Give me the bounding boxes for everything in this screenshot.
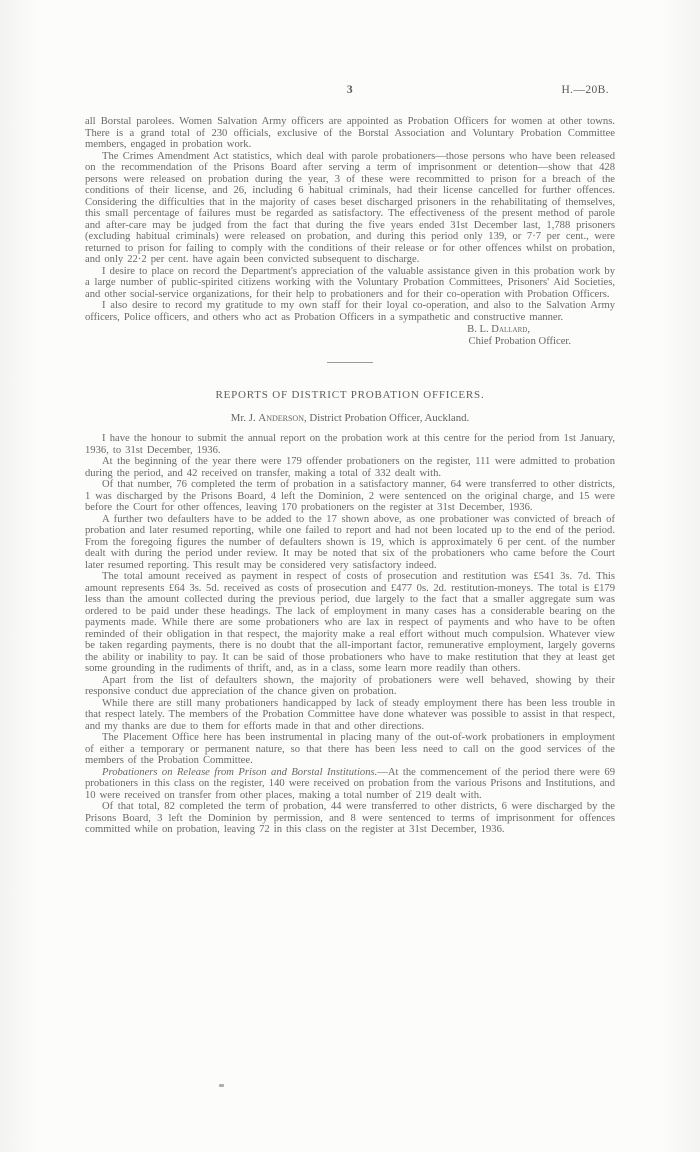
- signature-name: B. L. Dallard,: [85, 324, 615, 336]
- district-report-paragraphs: I have the honour to submit the annual r…: [85, 433, 615, 836]
- paragraph: all Borstal parolees. Women Salvation Ar…: [85, 116, 615, 151]
- signature-block: B. L. Dallard, Chief Probation Officer.: [85, 324, 615, 348]
- paragraph: Probationers on Release from Prison and …: [85, 767, 615, 802]
- paragraph-italic-lead: Probationers on Release from Prison and …: [102, 767, 377, 778]
- subheading-suffix: , District Probation Officer, Auckland.: [304, 412, 469, 424]
- subheading-prefix: Mr. J.: [231, 412, 259, 424]
- paragraph: I desire to place on record the Departme…: [85, 266, 615, 301]
- signature-name-prefix: B. L.: [467, 324, 491, 335]
- chief-report-paragraphs: all Borstal parolees. Women Salvation Ar…: [85, 116, 615, 323]
- paragraph: Of that total, 82 completed the term of …: [85, 801, 615, 836]
- page-content: 3 H.—20B. all Borstal parolees. Women Sa…: [85, 84, 615, 836]
- paragraph: I also desire to record my gratitude to …: [85, 300, 615, 323]
- paragraph: The total amount received as payment in …: [85, 571, 615, 675]
- signature-title: Chief Probation Officer.: [85, 336, 615, 348]
- paragraph: The Placement Office here has been instr…: [85, 732, 615, 767]
- paragraph: Apart from the list of defaulters shown,…: [85, 675, 615, 698]
- paragraph: I have the honour to submit the annual r…: [85, 433, 615, 456]
- paragraph: At the beginning of the year there were …: [85, 456, 615, 479]
- signature-name-suffix: ,: [527, 324, 530, 335]
- scanned-document-page: 3 H.—20B. all Borstal parolees. Women Sa…: [0, 0, 700, 1152]
- paragraph: Of that number, 76 completed the term of…: [85, 479, 615, 514]
- section-subheading: Mr. J. Anderson, District Probation Offi…: [85, 412, 615, 424]
- section-heading: REPORTS OF DISTRICT PROBATION OFFICERS.: [85, 389, 615, 401]
- paragraph: A further two defaulters have to be adde…: [85, 514, 615, 572]
- section-divider-rule: [327, 362, 373, 363]
- printer-mark-speck: [219, 1084, 224, 1087]
- page-header: 3 H.—20B.: [85, 84, 615, 96]
- paragraph: While there are still many probationers …: [85, 698, 615, 733]
- page-number: 3: [85, 84, 615, 96]
- signature-surname: Dallard: [491, 324, 527, 335]
- subheading-officer-name: Anderson: [258, 412, 304, 424]
- paragraph: The Crimes Amendment Act statistics, whi…: [85, 151, 615, 266]
